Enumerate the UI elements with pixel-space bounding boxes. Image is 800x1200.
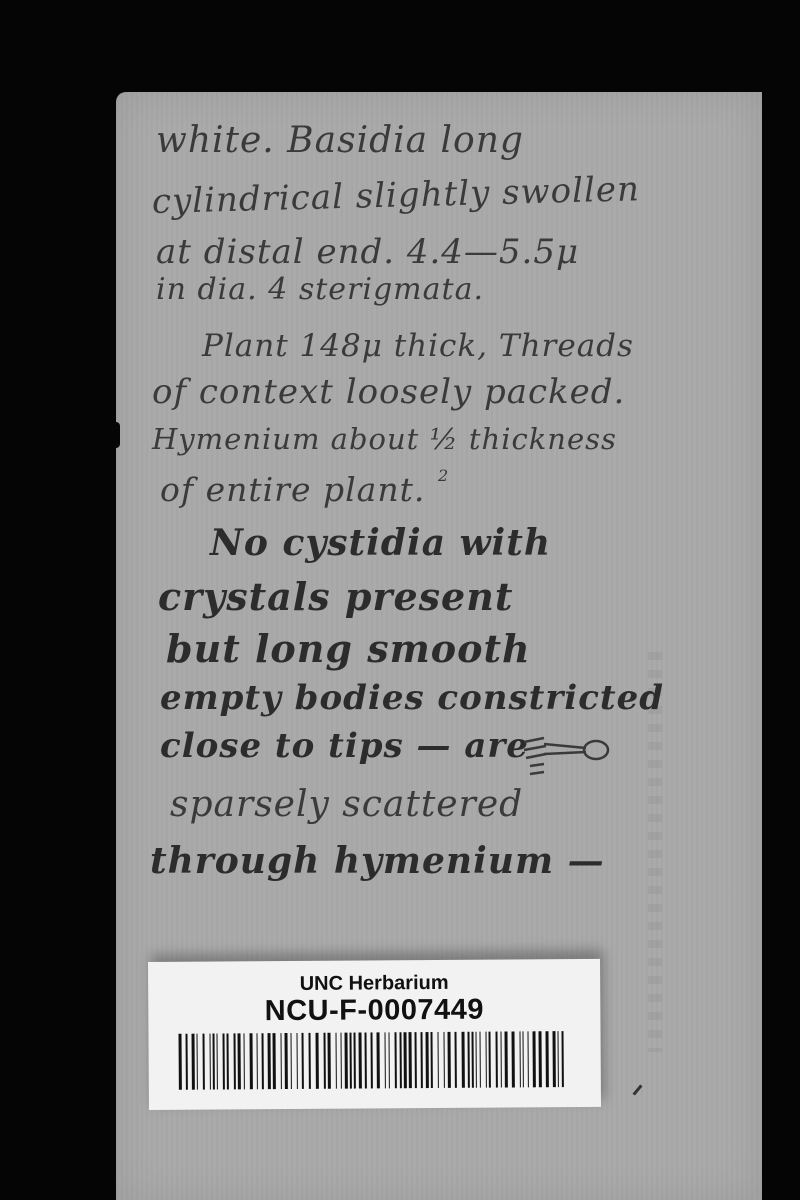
barcode-bar [213, 1034, 215, 1090]
barcode-bar [186, 1034, 188, 1090]
note-line-2: cylindrical slightly swollen [151, 169, 640, 222]
barcode-bar [467, 1032, 469, 1088]
barcode-bar [364, 1032, 366, 1088]
barcode-bar [479, 1032, 480, 1088]
barcode-bar [261, 1033, 263, 1089]
barcode-bar [308, 1033, 310, 1089]
barcode-bar [454, 1032, 456, 1088]
note-line-15: through hymenium — [150, 840, 605, 882]
barcode-bar [358, 1033, 361, 1089]
note-line-10: crystals present [158, 574, 513, 619]
barcode-bar [250, 1033, 253, 1089]
note-line-14: sparsely scattered [170, 784, 523, 825]
barcode-bar [203, 1034, 205, 1090]
note-line-9: No cystidia with [210, 522, 551, 564]
barcode-bar [244, 1033, 245, 1089]
barcode-bar [192, 1034, 195, 1090]
barcode-bar [475, 1032, 476, 1088]
barcode-bar [420, 1032, 422, 1088]
barcode-bar [394, 1032, 396, 1088]
barcode-bar [500, 1032, 501, 1088]
barcode [179, 1031, 573, 1090]
barcode-bar [284, 1033, 287, 1089]
note-line-3: at distal end. 4.4—5.5μ [156, 232, 579, 272]
note-line-6: of context loosely packed. [152, 372, 625, 412]
cystidium-sketch-icon [516, 724, 626, 784]
barcode-bar [495, 1032, 497, 1088]
barcode-bar [217, 1034, 218, 1090]
barcode-bar [197, 1034, 198, 1090]
barcode-bar [388, 1032, 389, 1088]
barcode-bar [323, 1033, 325, 1089]
barcode-bar [447, 1032, 450, 1088]
note-line-11: but long smooth [166, 626, 531, 671]
barcode-bar [561, 1031, 563, 1087]
note-line-1: white. Basidia long [156, 120, 524, 161]
barcode-bar [408, 1032, 411, 1088]
barcode-bar [340, 1033, 341, 1089]
barcode-bar [485, 1032, 486, 1088]
barcode-bar [349, 1033, 351, 1089]
paper-tear [110, 422, 120, 448]
barcode-bar [425, 1032, 428, 1088]
barcode-bar [210, 1034, 211, 1090]
barcode-bar [504, 1031, 507, 1087]
barcode-bar [296, 1033, 297, 1089]
barcode-bar [519, 1031, 520, 1087]
note-line-7: Hymenium about ½ thickness [152, 422, 617, 456]
barcode-bar [443, 1032, 444, 1088]
barcode-bar [471, 1032, 473, 1088]
barcode-bar [511, 1031, 514, 1087]
barcode-bar [315, 1033, 318, 1089]
barcode-bar [430, 1032, 432, 1088]
barcode-bar [234, 1033, 236, 1089]
barcode-bar [538, 1031, 541, 1087]
herbarium-label: UNC Herbarium NCU-F-0007449 [148, 959, 601, 1110]
barcode-bar [257, 1033, 258, 1089]
barcode-bar [280, 1033, 281, 1089]
barcode-bar [522, 1031, 523, 1087]
barcode-bar [179, 1034, 182, 1090]
barcode-bar [335, 1033, 336, 1089]
catalog-number: NCU-F-0007449 [148, 993, 600, 1029]
fraction-denominator: 2 [438, 466, 448, 485]
barcode-bar [272, 1033, 275, 1089]
barcode-bar [227, 1033, 229, 1089]
barcode-bar [545, 1031, 548, 1087]
barcode-bar [353, 1033, 355, 1089]
barcode-bar [399, 1032, 401, 1088]
note-line-4: in dia. 4 sterigmata. [156, 272, 484, 307]
barcode-bar [414, 1032, 416, 1088]
barcode-bar [461, 1032, 464, 1088]
barcode-bar [532, 1031, 535, 1087]
barcode-bar [344, 1033, 347, 1089]
barcode-bar [403, 1032, 406, 1088]
herbarium-sheet: white. Basidia long cylindrical slightly… [116, 92, 762, 1200]
barcode-bar [267, 1033, 270, 1089]
note-line-12: empty bodies constricted [160, 678, 664, 718]
note-line-8: of entire plant. [160, 470, 425, 509]
barcode-bar [327, 1033, 330, 1089]
pencil-mark [632, 1084, 642, 1095]
barcode-bar [527, 1031, 528, 1087]
note-line-5: Plant 148μ thick, Threads [202, 328, 634, 364]
barcode-bar [384, 1032, 385, 1088]
barcode-bar [376, 1032, 379, 1088]
barcode-bar [557, 1031, 558, 1087]
barcode-bar [290, 1033, 291, 1089]
barcode-bar [301, 1033, 303, 1089]
barcode-bar [488, 1032, 490, 1088]
barcode-bar [223, 1033, 225, 1089]
barcode-bar [370, 1032, 372, 1088]
barcode-bar [238, 1033, 241, 1089]
barcode-bar [552, 1031, 555, 1087]
barcode-bar [437, 1032, 438, 1088]
note-line-13: close to tips — are [160, 726, 529, 766]
